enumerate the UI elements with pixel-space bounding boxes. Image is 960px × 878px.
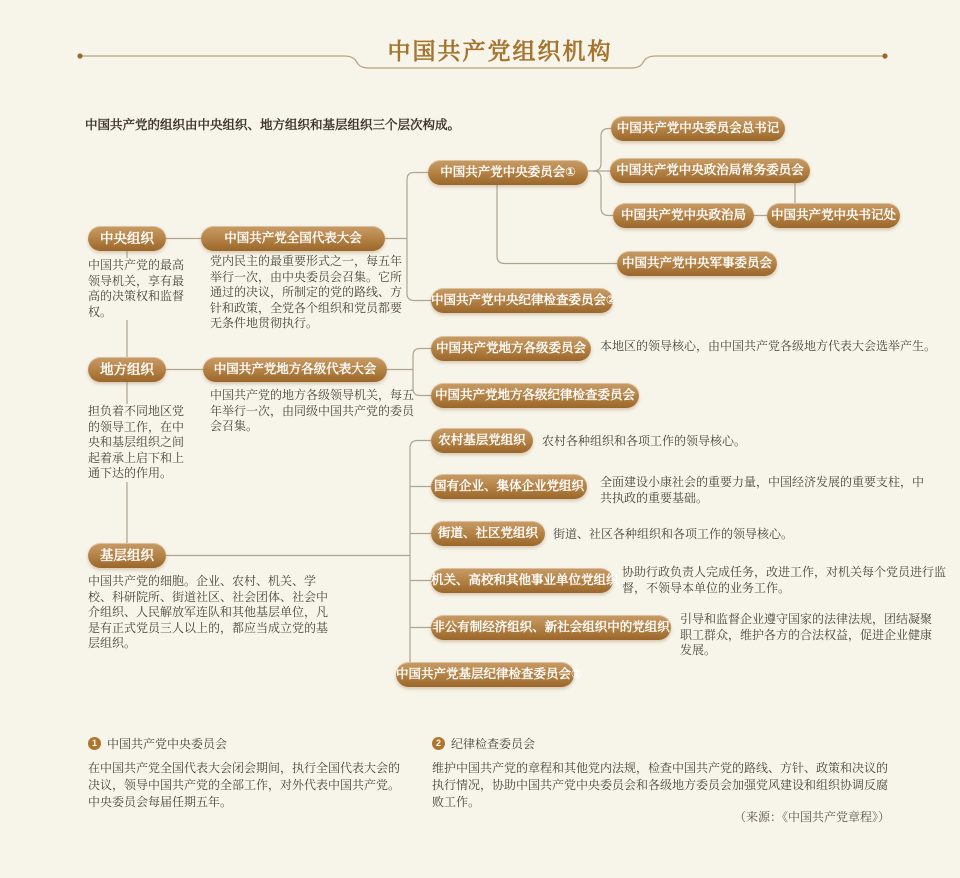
- header-dot-left: [77, 53, 82, 58]
- node-central-military-commission: 中国共产党中央军事委员会: [617, 251, 777, 276]
- node-central-discipline-commission: 中国共产党中央纪律检查委员会②: [431, 288, 613, 313]
- desc-local-committees: 本地区的领导核心，由中国共产党各级地方代表大会选举产生。: [600, 339, 940, 355]
- node-politburo-standing-committee: 中国共产党中央政治局常务委员会: [610, 158, 810, 183]
- node-central-organization: 中央组织: [88, 226, 166, 251]
- footnote-2: 2 纪律检查委员会 维护中国共产党的章程和其他党内法规，检查中国共产党的路线、方…: [432, 735, 894, 811]
- node-community-party-organizations: 街道、社区党组织: [431, 521, 545, 546]
- footnote-2-bullet-icon: 2: [432, 737, 445, 750]
- node-grassroots-organization: 基层组织: [88, 543, 166, 568]
- footnote-1: 1 中国共产党中央委员会 在中国共产党全国代表大会闭会期间，执行全国代表大会的决…: [88, 735, 410, 811]
- node-institution-party-organizations: 机关、高校和其他事业单位党组织: [431, 568, 613, 593]
- page-title: 中国共产党组织机构: [300, 33, 700, 66]
- org-chart-canvas: 中国共产党组织机构 中国共产党的组织由中央组织、地方组织和基层组织三个层次构成。…: [0, 0, 960, 878]
- node-local-congresses: 中国共产党地方各级代表大会: [203, 357, 387, 382]
- footnote-2-title: 纪律检查委员会: [451, 735, 535, 752]
- node-rural-party-organizations: 农村基层党组织: [431, 428, 533, 453]
- node-nonpublic-party-organizations: 非公有制经济组织、新社会组织中的党组织: [431, 615, 671, 640]
- node-local-committees: 中国共产党地方各级委员会: [431, 336, 591, 361]
- header-dot-right: [882, 53, 887, 58]
- node-grassroots-discipline-commissions: 中国共产党基层纪律检查委员会②: [396, 662, 574, 687]
- footnote-2-body: 维护中国共产党的章程和其他党内法规，检查中国共产党的路线、方针、政策和决议的执行…: [432, 760, 894, 811]
- node-local-organization: 地方组织: [88, 357, 166, 382]
- desc-national-congress: 党内民主的最重要形式之一，每五年举行一次，由中央委员会召集。它所通过的决议，所制…: [210, 254, 406, 332]
- node-national-congress: 中国共产党全国代表大会: [201, 226, 385, 251]
- desc-local-congresses: 中国共产党的地方各级领导机关，每五年举行一次，由同级中国共产党的委员会召集。: [210, 388, 414, 435]
- node-soe-party-organizations: 国有企业、集体企业党组织: [431, 474, 587, 499]
- desc-local-organization: 担负着不同地区党的领导工作，在中央和基层组织之间起着承上启下和上通下达的作用。: [88, 404, 192, 482]
- node-central-committee: 中国共产党中央委员会①: [428, 160, 588, 185]
- desc-community: 街道、社区各种组织和各项工作的领导核心。: [553, 527, 793, 543]
- footnote-1-title: 中国共产党中央委员会: [107, 735, 227, 752]
- footnote-1-body: 在中国共产党全国代表大会闭会期间，执行全国代表大会的决议，领导中国共产党的全部工…: [88, 760, 410, 811]
- desc-central-organization: 中国共产党的最高领导机关，享有最高的决策权和监督权。: [88, 258, 184, 320]
- node-secretariat: 中国共产党中央书记处: [767, 203, 900, 228]
- desc-institutions: 协助行政负责人完成任务，改进工作，对机关每个党员进行监督，不领导本单位的业务工作…: [622, 565, 950, 596]
- desc-nonpublic: 引导和监督企业遵守国家的法律法规，团结凝聚职工群众，维护各方的合法权益，促进企业…: [680, 612, 942, 659]
- desc-soe: 全面建设小康社会的重要力量，中国经济发展的重要支柱，中共执政的重要基础。: [600, 475, 935, 506]
- node-politburo: 中国共产党中央政治局: [613, 203, 754, 228]
- desc-rural: 农村各种组织和各项工作的领导核心。: [542, 434, 746, 450]
- desc-grassroots-organization: 中国共产党的细胞。企业、农村、机关、学校、科研院所、街道社区、社会团体、社会中介…: [88, 574, 336, 652]
- footnote-1-bullet-icon: 1: [88, 737, 101, 750]
- node-local-discipline-commissions: 中国共产党地方各级纪律检查委员会: [431, 383, 639, 408]
- node-general-secretary: 中国共产党中央委员会总书记: [611, 116, 785, 141]
- intro-text: 中国共产党的组织由中央组织、地方组织和基层组织三个层次构成。: [85, 115, 460, 133]
- source-note: （来源：《中国共产党章程》）: [734, 808, 890, 825]
